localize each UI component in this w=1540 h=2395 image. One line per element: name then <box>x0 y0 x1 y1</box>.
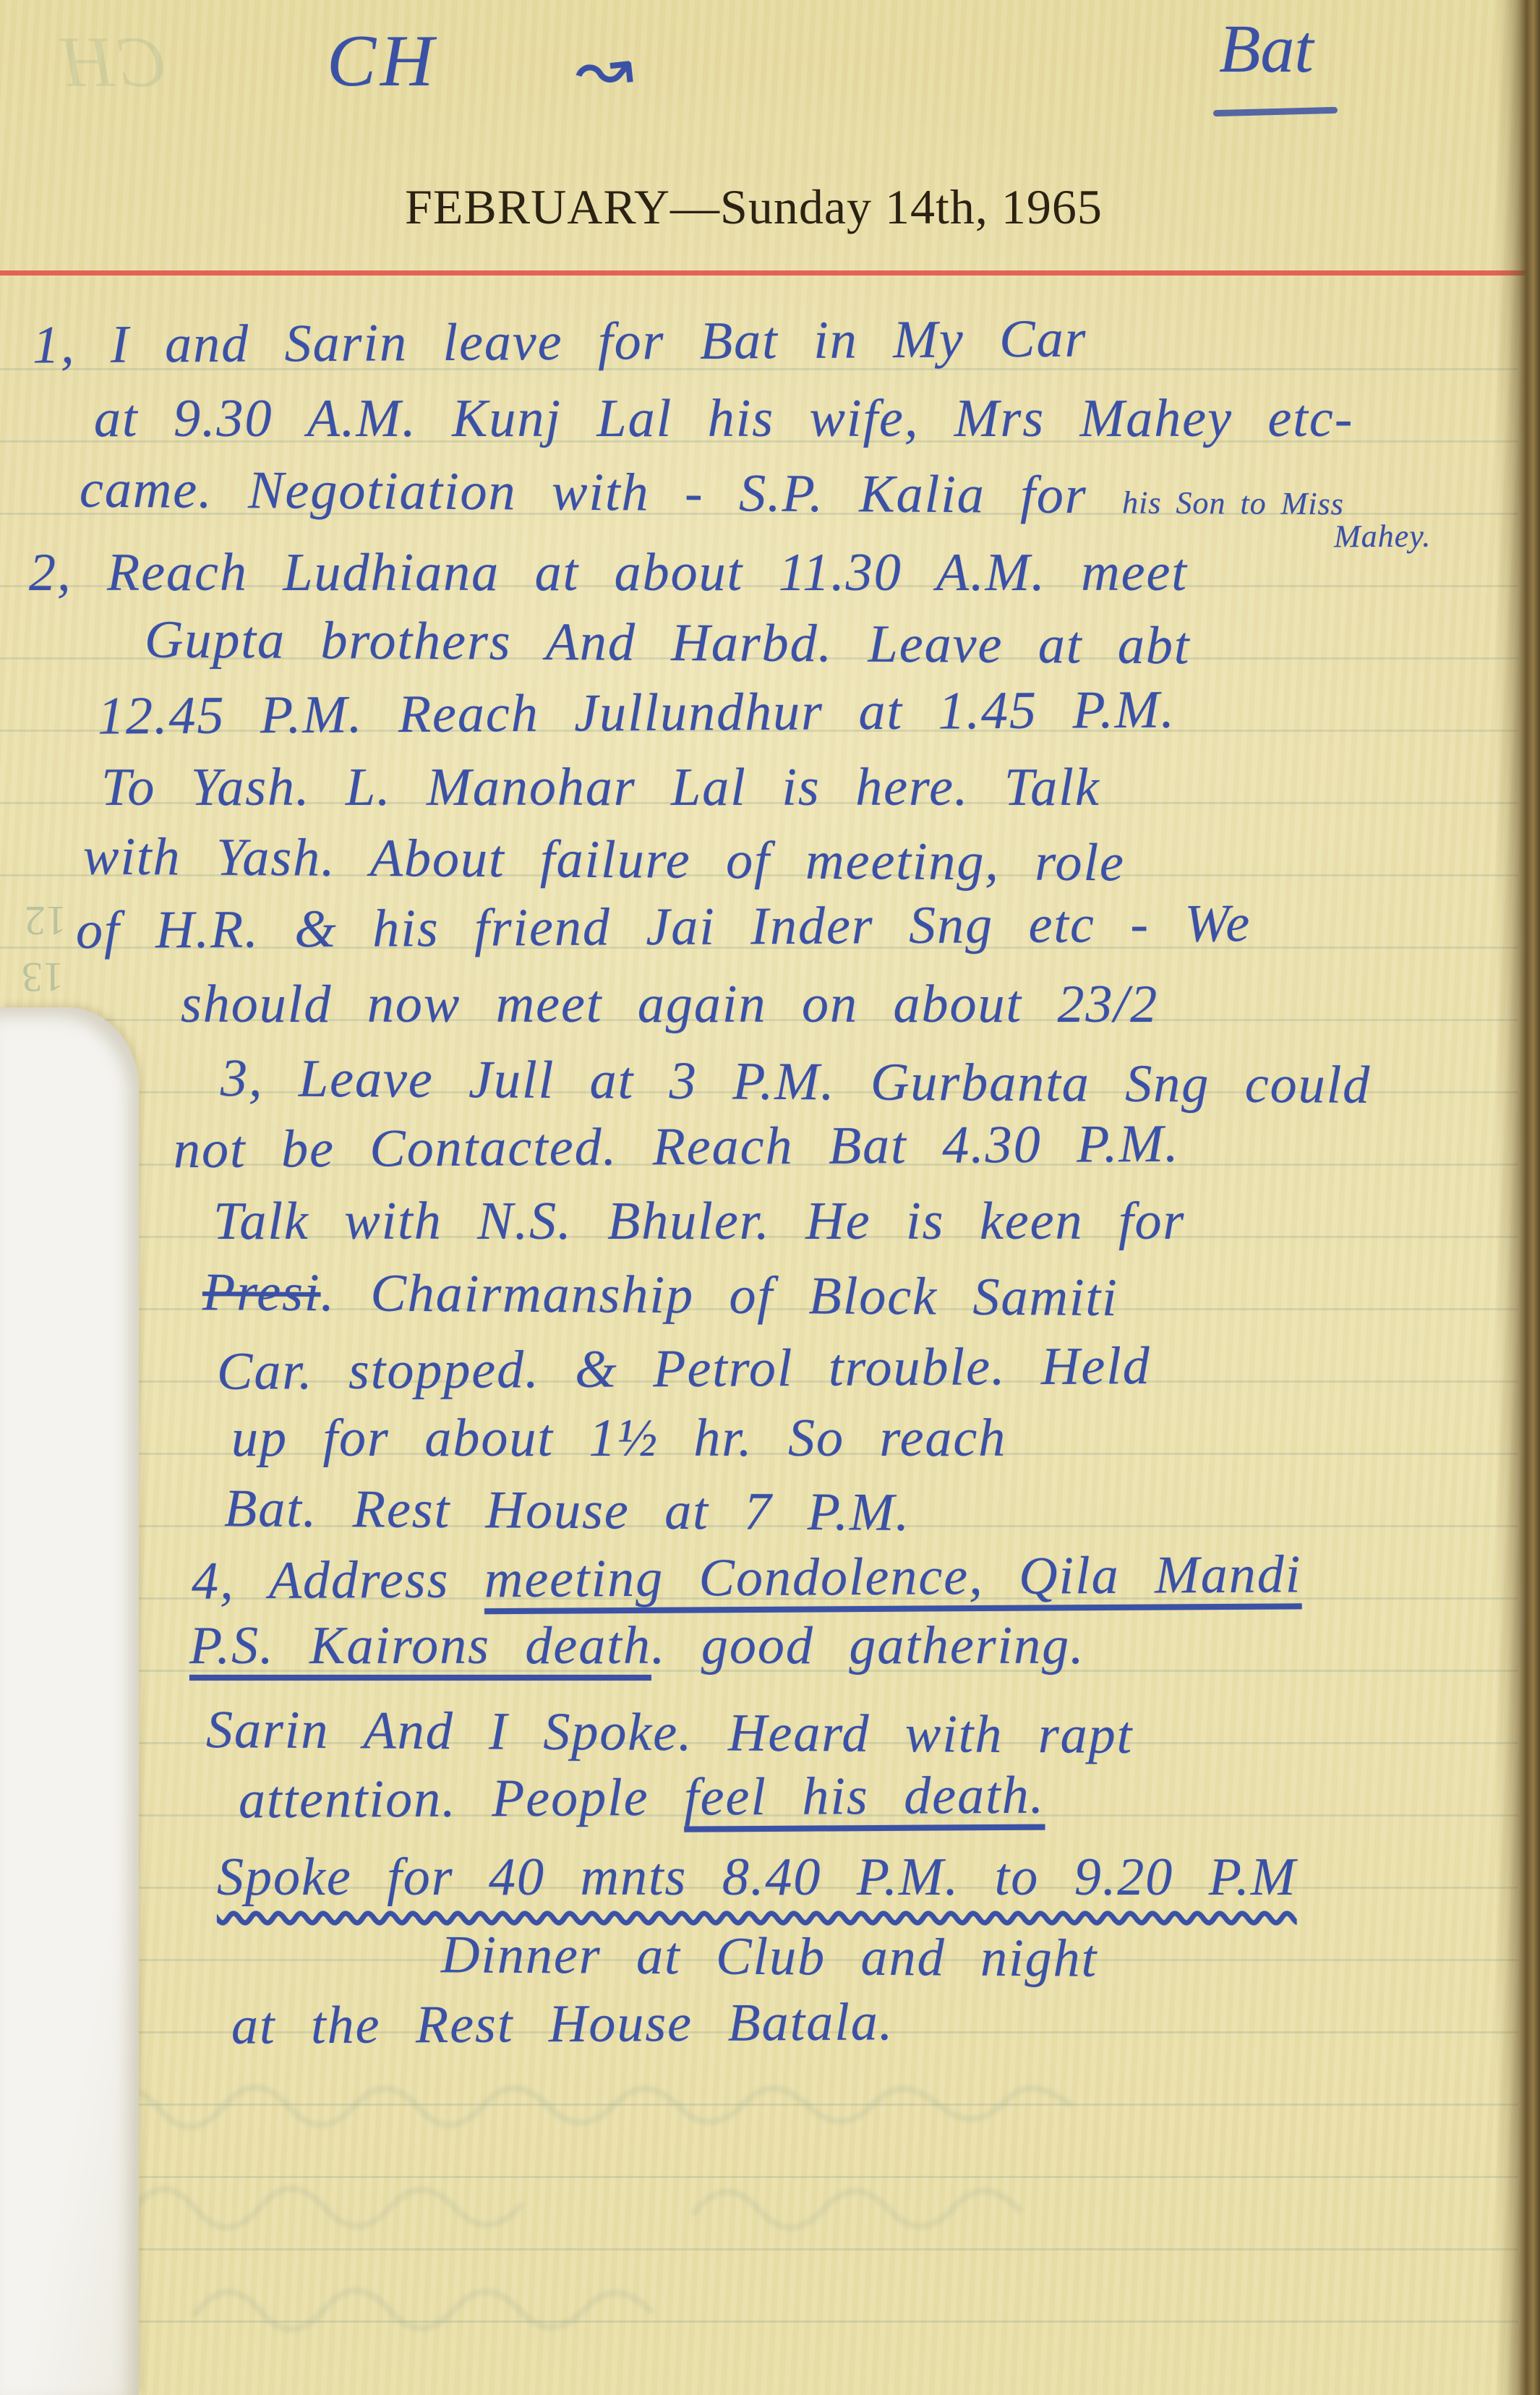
diary-line: 2, Reach Ludhiana at about 11.30 A.M. me… <box>29 546 1188 599</box>
diary-line: came. Negotiation with - S.P. Kalia for … <box>80 463 1344 524</box>
diary-line: P.S. Kairons death. good gathering. <box>189 1619 1085 1673</box>
diary-text-segment: To Yash. L. Manohar Lal is here. Talk <box>101 758 1100 817</box>
diary-line: Car. stopped. & Petrol trouble. Held <box>217 1339 1151 1399</box>
diary-text-segment: Car. stopped. & Petrol trouble. Held <box>217 1336 1151 1401</box>
diary-line: with Yash. About failure of meeting, rol… <box>83 830 1125 890</box>
diary-line: of H.R. & his friend Jai Inder Sng etc -… <box>76 897 1252 957</box>
diary-text-segment: meeting Condolence, Qila Mandi <box>484 1545 1302 1609</box>
diary-line: up for about 1½ hr. So reach <box>231 1412 1006 1465</box>
page-edge-shadow <box>1495 0 1540 2395</box>
diary-line: Gupta brothers And Harbd. Leave at abt <box>145 613 1191 673</box>
diary-line: 3, Leave Jull at 3 P.M. Gurbanta Sng cou… <box>221 1051 1372 1112</box>
diary-text-segment: his Son to Miss <box>1122 484 1344 521</box>
diary-text-segment: Presi <box>202 1263 321 1323</box>
diary-line: 1, I and Sarin leave for Bat in My Car <box>33 312 1087 372</box>
diary-text-segment: 12.45 P.M. Reach Jullundhur at 1.45 P.M. <box>98 680 1176 746</box>
diary-line: Bat. Rest House at 7 P.M. <box>224 1482 911 1540</box>
diary-text-segment: . Chairmanship of Block Samiti <box>320 1263 1118 1328</box>
diary-line: Mahey. <box>1334 503 1432 557</box>
diary-line: Presi. Chairmanship of Block Samiti <box>202 1265 1118 1325</box>
diary-line: To Yash. L. Manohar Lal is here. Talk <box>101 761 1100 814</box>
diary-text-segment: up for about 1½ hr. So reach <box>231 1409 1006 1468</box>
diary-text-segment: came. Negotiation with - S.P. Kalia for <box>80 460 1123 526</box>
handwritten-place-note: Bat <box>1219 10 1314 88</box>
scanned-diary-page: CH CH ↝ Bat FEBRUARY—Sunday 14th, 1965 1… <box>0 0 1540 2395</box>
diary-text-segment: with Yash. About failure of meeting, rol… <box>83 827 1125 893</box>
diary-text-segment: 1, I and Sarin leave for Bat in My Car <box>33 309 1087 375</box>
backing-paper-corner <box>0 1007 139 2395</box>
wave-flourish-mark: ↝ <box>570 25 637 111</box>
diary-line: Sarin And I Spoke. Heard with rapt <box>206 1703 1134 1762</box>
diary-text-segment: P.S. Kairons death <box>189 1616 651 1675</box>
diary-text-segment: 2, Reach Ludhiana at about 11.30 A.M. me… <box>29 543 1188 602</box>
diary-text-segment: Sarin And I Spoke. Heard with rapt <box>206 1700 1134 1765</box>
diary-line: 4, Address meeting Condolence, Qila Mand… <box>192 1547 1302 1608</box>
diary-text-segment: Spoke for 40 mnts 8.40 P.M. to 9.20 P.M <box>217 1848 1297 1907</box>
diary-line: Dinner at Club and night <box>441 1928 1098 1986</box>
diary-line: at 9.30 A.M. Kunj Lal his wife, Mrs Mahe… <box>94 392 1353 445</box>
printed-date-header: FEBRUARY—Sunday 14th, 1965 <box>0 182 1507 231</box>
diary-text-segment: at the Rest House Batala. <box>231 1992 894 2056</box>
diary-text-segment: 4, Address <box>192 1550 484 1610</box>
diary-text-segment: should now meet again on about 23/2 <box>181 975 1158 1034</box>
diary-text-segment: attention. People <box>239 1768 685 1830</box>
diary-text-segment: Talk with N.S. Bhuler. He is keen for <box>213 1192 1185 1251</box>
handwritten-initials: CH <box>327 19 438 103</box>
diary-text-segment: Bat. Rest House at 7 P.M. <box>224 1479 911 1542</box>
diary-text-segment: not be Contacted. Reach Bat 4.30 P.M. <box>174 1114 1180 1179</box>
diary-line: not be Contacted. Reach Bat 4.30 P.M. <box>174 1117 1180 1177</box>
diary-text-segment: feel his death. <box>684 1766 1045 1827</box>
diary-line: should now meet again on about 23/2 <box>181 978 1158 1031</box>
diary-text-segment: . good gathering. <box>651 1616 1085 1675</box>
diary-text-segment: Gupta brothers And Harbd. Leave at abt <box>145 610 1191 676</box>
diary-line: Spoke for 40 mnts 8.40 P.M. to 9.20 P.M <box>217 1850 1297 1904</box>
diary-text-segment: Dinner at Club and night <box>441 1925 1098 1989</box>
red-header-rule <box>0 270 1540 276</box>
diary-line: 12.45 P.M. Reach Jullundhur at 1.45 P.M. <box>98 683 1176 743</box>
diary-text-segment: Mahey. <box>1334 518 1432 555</box>
diary-text-segment: at 9.30 A.M. Kunj Lal his wife, Mrs Mahe… <box>94 389 1353 448</box>
diary-line: Talk with N.S. Bhuler. He is keen for <box>213 1195 1185 1248</box>
diary-text-segment: of H.R. & his friend Jai Inder Sng etc -… <box>76 894 1252 960</box>
diary-line: at the Rest House Batala. <box>231 1995 894 2053</box>
diary-text-segment: 3, Leave Jull at 3 P.M. Gurbanta Sng cou… <box>221 1049 1372 1115</box>
diary-line: attention. People feel his death. <box>239 1769 1045 1827</box>
